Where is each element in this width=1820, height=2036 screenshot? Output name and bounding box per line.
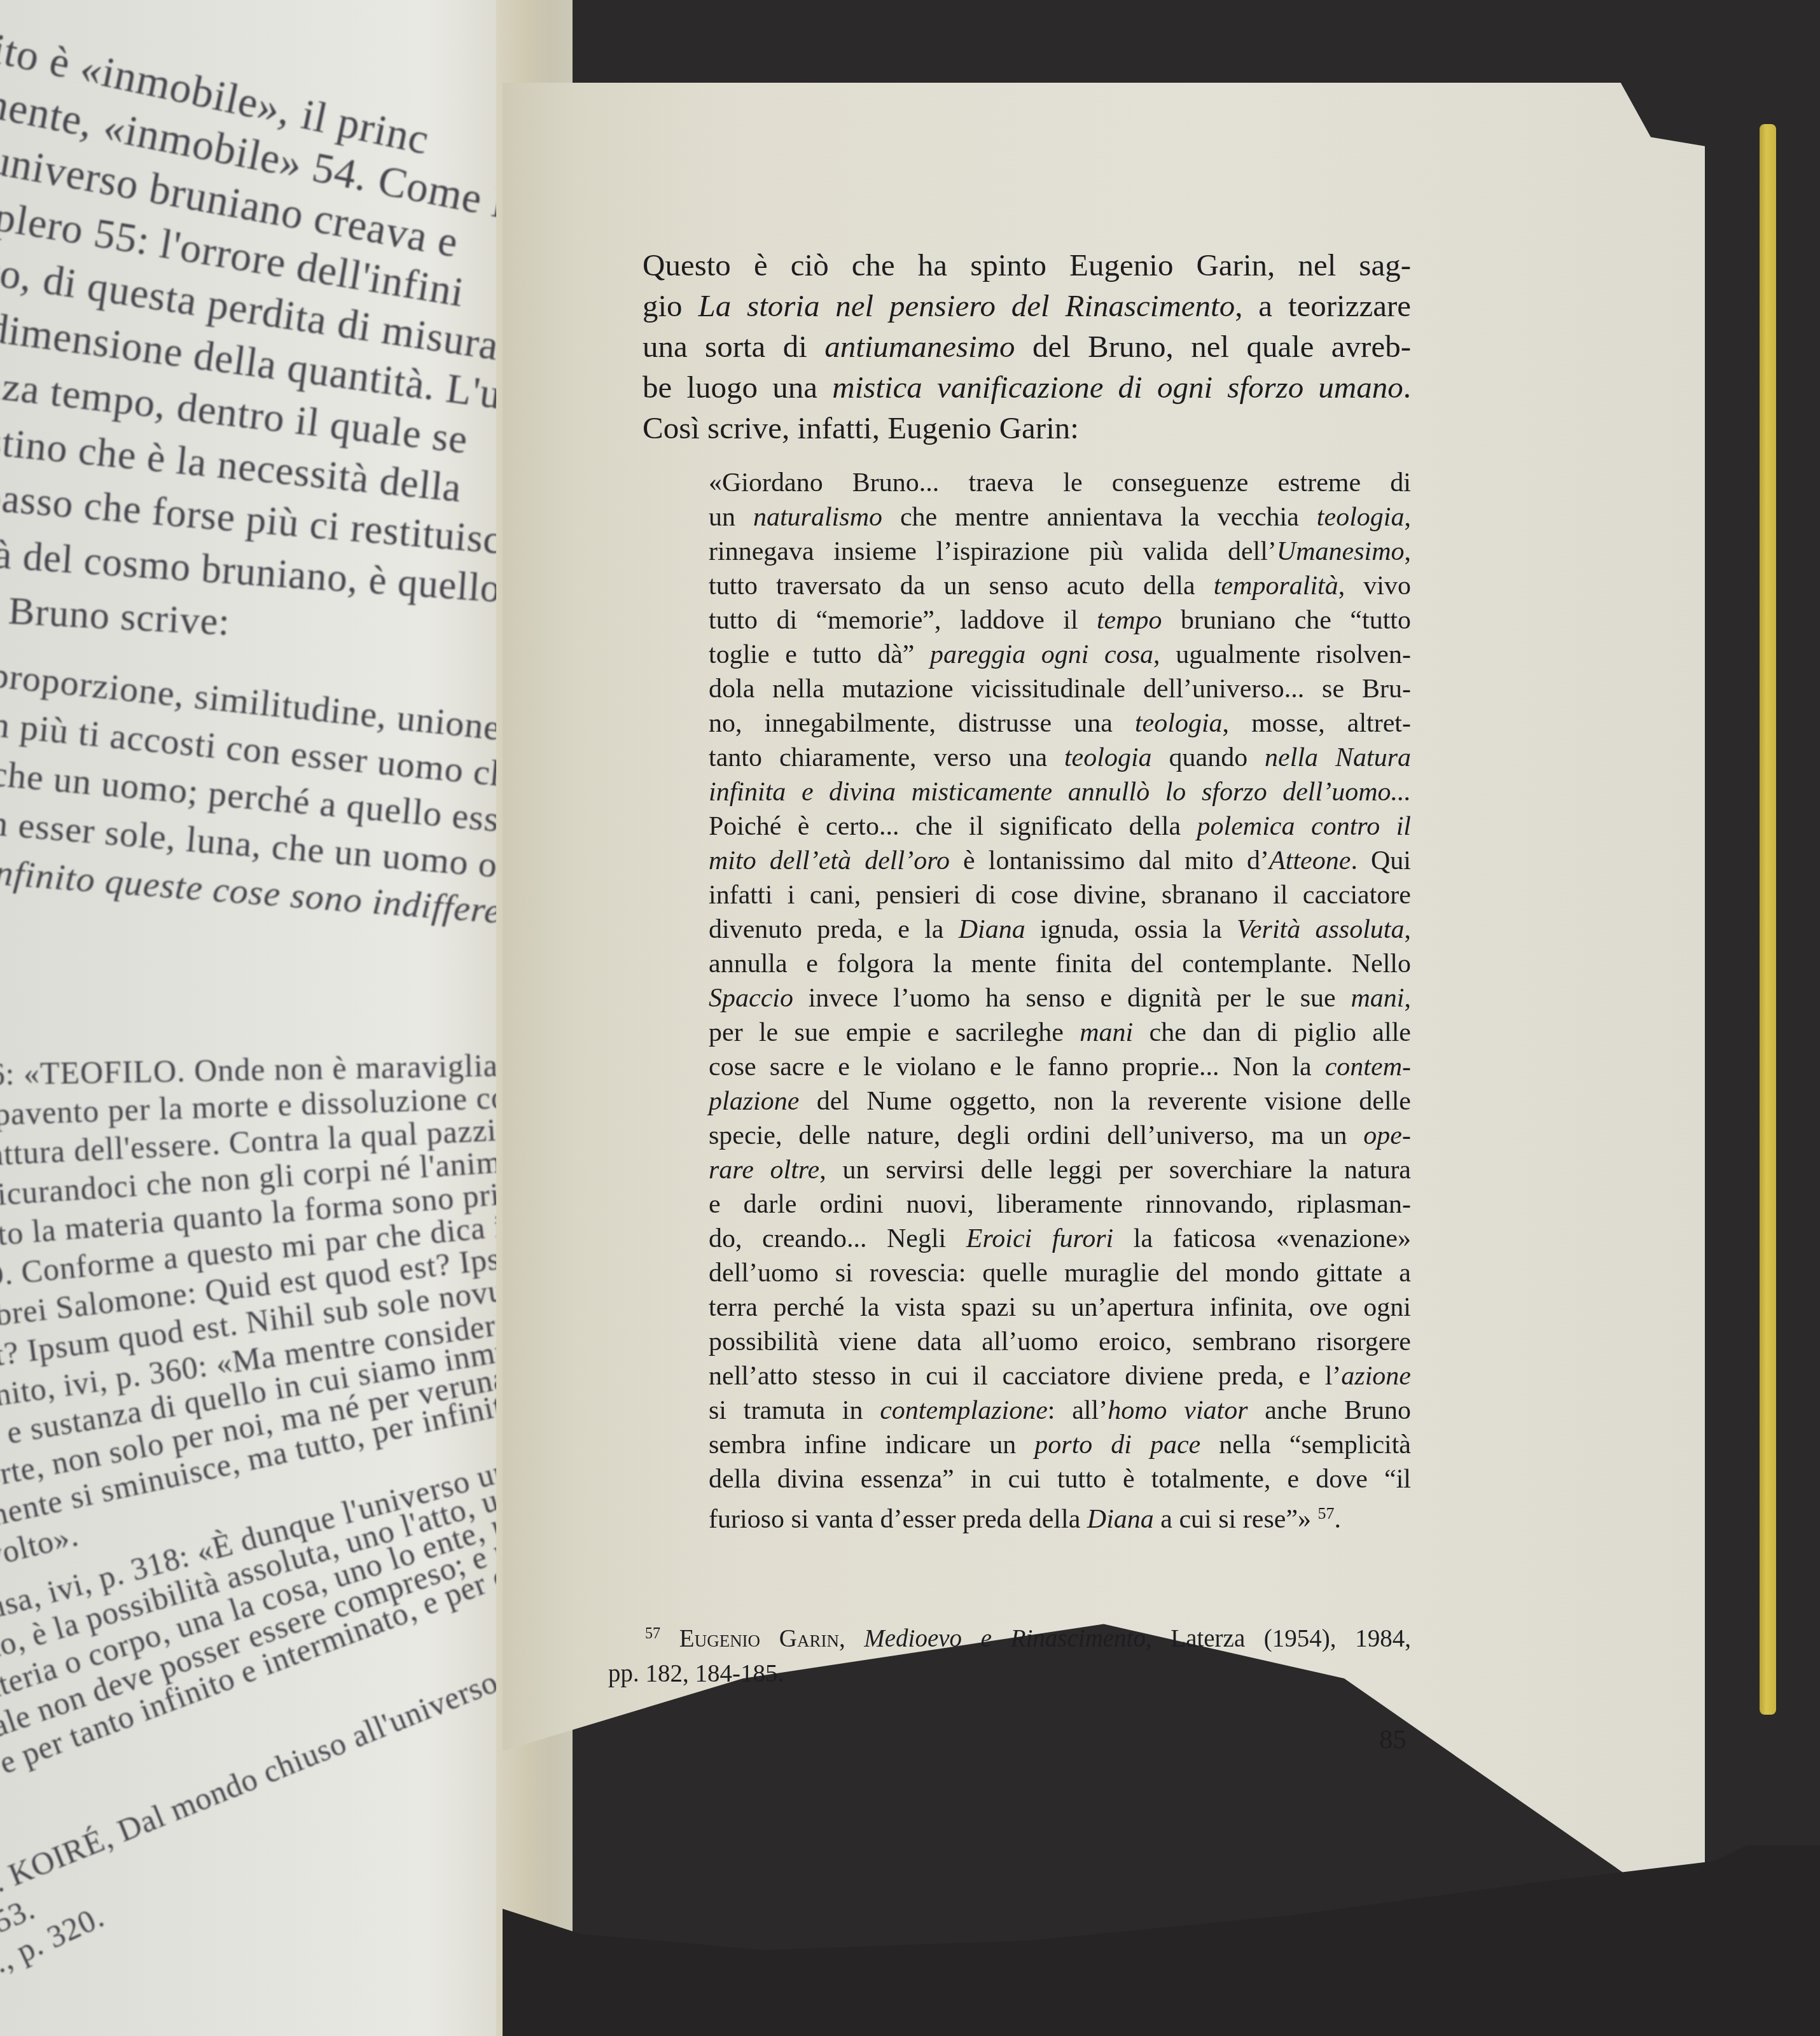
emphasis: contemplazione	[880, 1396, 1048, 1425]
text: .	[1335, 1505, 1342, 1534]
text-line: Questo è ciò che ha spinto Eugenio Garin…	[584, 245, 1411, 286]
text: si tramuta in	[709, 1396, 880, 1425]
quote-line: tutto di “memorie”, laddove il tempo bru…	[663, 603, 1411, 638]
right-page-body: Questo è ciò che ha spinto Eugenio Garin…	[584, 245, 1411, 1537]
text: sembra infine indicare un	[709, 1430, 1034, 1460]
text: che mentre annientava la vecchia	[882, 503, 1317, 532]
quote-line: Spaccio invece l’uomo ha senso e dignità…	[663, 981, 1411, 1015]
text: cose sacre e le violano e le fanno propr…	[709, 1052, 1325, 1082]
text: ,	[1405, 503, 1412, 532]
quote-line: dola nella mutazione vicissitudinale del…	[663, 672, 1411, 706]
quote-line: nell’atto stesso in cui il cacciatore di…	[663, 1359, 1411, 1393]
emphasis: porto di pace	[1034, 1430, 1200, 1460]
quote-line: toglie e tutto dà” pareggia ogni cosa, u…	[663, 638, 1411, 672]
emphasis: ope-	[1363, 1121, 1411, 1150]
quote-line: Poiché è certo... che il significato del…	[663, 809, 1411, 844]
text: a cui si rese”»	[1154, 1505, 1318, 1534]
text: , vivo	[1338, 571, 1411, 601]
text: è lontanissimo dal mito d’	[950, 846, 1269, 875]
quote-line: infinita e divina misticamente annullò l…	[663, 775, 1411, 809]
text: dola nella mutazione vicissitudinale del…	[709, 674, 1411, 704]
text: terra perché la vista spazi su un’apertu…	[709, 1293, 1411, 1322]
emphasis: nella Natura	[1265, 743, 1411, 772]
quote-line: dell’uomo si rovescia: quelle muraglie d…	[663, 1256, 1411, 1290]
text: no, innegabilmente, distrusse una	[709, 709, 1135, 738]
quote-line: do, creando... Negli Eroici furori la fa…	[663, 1222, 1411, 1256]
quote-line: plazione del Nume oggetto, non la revere…	[663, 1084, 1411, 1119]
emphasis: mito dell’età dell’oro	[709, 846, 950, 875]
text: Poiché è certo... che il significato del…	[709, 812, 1197, 841]
text: tutto di “memorie”, laddove il	[709, 606, 1097, 635]
emphasis: Verità assoluta	[1237, 915, 1405, 944]
text-line: gio La storia nel pensiero del Rinascime…	[584, 286, 1411, 326]
emphasis: antiumanesimo	[824, 329, 1015, 364]
emphasis: temporalità	[1214, 571, 1338, 601]
quote-line: no, innegabilmente, distrusse una teolog…	[663, 706, 1411, 741]
footnote-line: 57 Eugenio Garin, Medioevo e Rinasciment…	[608, 1616, 1411, 1656]
text: e darle ordini nuovi, liberamente rinnov…	[709, 1190, 1411, 1219]
quote-line: annulla e folgora la mente finita del co…	[663, 947, 1411, 981]
quote-line: cose sacre e le violano e le fanno propr…	[663, 1050, 1411, 1084]
emphasis: teologia	[1317, 503, 1405, 532]
text: anche Bruno	[1248, 1396, 1411, 1425]
emphasis: Diana	[959, 915, 1025, 944]
quote-line: terra perché la vista spazi su un’apertu…	[663, 1290, 1411, 1325]
quote-line: furioso si vanta d’esser preda della Dia…	[663, 1496, 1411, 1537]
emphasis: teologia	[1064, 743, 1152, 772]
emphasis: mistica vanificazione di ogni sforzo uma…	[832, 370, 1403, 405]
text: tutto traversato da un senso acuto della	[709, 571, 1214, 601]
emphasis: homo viator	[1108, 1396, 1247, 1425]
emphasis: Eroici furori	[966, 1224, 1113, 1253]
emphasis: naturalismo	[753, 503, 882, 532]
footnote-57: 57 Eugenio Garin, Medioevo e Rinasciment…	[608, 1616, 1411, 1691]
emphasis: mani	[1351, 984, 1405, 1013]
emphasis: rare oltre	[709, 1155, 819, 1185]
footnote-reference: 57	[1318, 1504, 1335, 1523]
text: : all’	[1048, 1396, 1108, 1425]
text: , ugualmente risolven-	[1153, 640, 1411, 669]
text: ,	[1405, 537, 1412, 566]
page-number: 85	[1379, 1724, 1407, 1755]
quote-line: specie, delle nature, degli ordini dell’…	[663, 1119, 1411, 1153]
text: infatti i cani, pensieri di cose divine,…	[709, 881, 1411, 910]
footnote-line: pp. 182, 184-185.	[608, 1656, 1411, 1691]
emphasis: plazione	[709, 1087, 799, 1116]
emphasis: infinita e divina misticamente annullò l…	[709, 777, 1411, 807]
quote-line: infatti i cani, pensieri di cose divine,…	[663, 878, 1411, 912]
text: ignuda, ossia la	[1025, 915, 1237, 944]
quote-line: tanto chiaramente, verso una teologia qu…	[663, 741, 1411, 775]
book-title: La storia nel pensiero del Rinascimento	[698, 288, 1235, 323]
text: bruniano che “tutto	[1162, 606, 1411, 635]
emphasis: Spaccio	[709, 984, 793, 1013]
intro-paragraph: Questo è ciò che ha spinto Eugenio Garin…	[584, 245, 1411, 449]
text: un	[709, 503, 753, 532]
quote-line: un naturalismo che mentre annientava la …	[663, 500, 1411, 534]
text: annulla e folgora la mente finita del co…	[709, 949, 1411, 979]
emphasis: pareggia ogni cosa	[930, 640, 1153, 669]
text-line: Così scrive, infatti, Eugenio Garin:	[584, 408, 1411, 449]
quote-line: sembra infine indicare un porto di pace …	[663, 1428, 1411, 1462]
text: della divina essenza” in cui tutto è tot…	[709, 1465, 1411, 1494]
emphasis: azione	[1341, 1362, 1411, 1391]
emphasis: Diana	[1087, 1505, 1154, 1534]
quote-line: rare oltre, un servirsi delle leggi per …	[663, 1153, 1411, 1187]
page-edge-yellow	[1760, 124, 1776, 1715]
text: toglie e tutto dà”	[709, 640, 930, 669]
quote-line: possibilità viene data all’uomo eroico, …	[663, 1325, 1411, 1359]
emphasis: mani	[1080, 1018, 1133, 1047]
block-quote: «Giordano Bruno... traeva le conseguenze…	[663, 466, 1411, 1537]
text: , un servirsi delle leggi per soverchiar…	[819, 1155, 1411, 1185]
left-page: finito è «inmobile», il princalmente, «i…	[0, 0, 503, 2036]
text: divenuto preda, e la	[709, 915, 959, 944]
quote-line: della divina essenza” in cui tutto è tot…	[663, 1462, 1411, 1496]
text: nella “semplicità	[1200, 1430, 1411, 1460]
text: nell’atto stesso in cui il cacciatore di…	[709, 1362, 1341, 1391]
footnote-title: Medioevo e Rinascimento	[864, 1625, 1146, 1652]
text: rinnegava insieme l’ispirazione più vali…	[709, 537, 1277, 566]
text: specie, delle nature, degli ordini dell’…	[709, 1121, 1363, 1150]
emphasis: teologia	[1135, 709, 1223, 738]
text: per le sue empie e sacrileghe	[709, 1018, 1080, 1047]
emphasis: polemica contro il	[1197, 812, 1411, 841]
quote-line: e darle ordini nuovi, liberamente rinnov…	[663, 1187, 1411, 1222]
quote-line: divenuto preda, e la Diana ignuda, ossia…	[663, 912, 1411, 947]
emphasis: contem-	[1325, 1052, 1411, 1082]
text: invece l’uomo ha senso e dignità per le …	[793, 984, 1351, 1013]
left-page-line: cui Bruno scrive:	[0, 585, 231, 645]
text-line: be luogo una mistica vanificazione di og…	[584, 367, 1411, 408]
quote-line: «Giordano Bruno... traeva le conseguenze…	[663, 466, 1411, 500]
quote-line: per le sue empie e sacrileghe mani che d…	[663, 1015, 1411, 1050]
text: possibilità viene data all’uomo eroico, …	[709, 1327, 1411, 1356]
text: dell’uomo si rovescia: quelle muraglie d…	[709, 1259, 1411, 1288]
emphasis: Atteone	[1269, 846, 1351, 875]
text: do, creando... Negli	[709, 1224, 966, 1253]
footnote-author: Eugenio Garin	[679, 1625, 839, 1652]
emphasis: Umanesimo	[1277, 537, 1405, 566]
emphasis: tempo	[1097, 606, 1162, 635]
text-line: una sorta di antiumanesimo del Bruno, ne…	[584, 326, 1411, 367]
text: , mosse, altret-	[1223, 709, 1411, 738]
text: del Nume oggetto, non la reverente visio…	[799, 1087, 1411, 1116]
text: «Giordano Bruno... traeva le conseguenze…	[709, 468, 1411, 498]
quote-line: si tramuta in contemplazione: all’homo v…	[663, 1393, 1411, 1428]
text: . Qui	[1351, 846, 1411, 875]
text: furioso si vanta d’esser preda della	[709, 1505, 1087, 1534]
quote-line: rinnegava insieme l’ispirazione più vali…	[663, 534, 1411, 569]
text: ,	[1405, 984, 1412, 1013]
quote-line: tutto traversato da un senso acuto della…	[663, 569, 1411, 603]
text: quando	[1152, 743, 1265, 772]
text: tanto chiaramente, verso una	[709, 743, 1064, 772]
quote-line: mito dell’età dell’oro è lontanissimo da…	[663, 844, 1411, 878]
footnote-number: 57	[645, 1625, 660, 1642]
text: ,	[1405, 915, 1412, 944]
text: la faticosa «venazione»	[1113, 1224, 1411, 1253]
text: che dan di piglio alle	[1133, 1018, 1411, 1047]
